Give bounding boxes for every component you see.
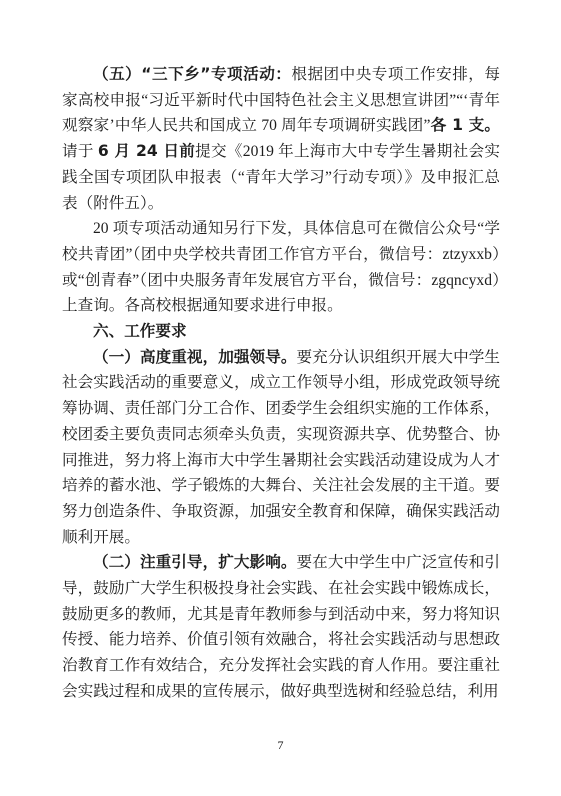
text-run: 请于 (62, 143, 98, 160)
document-body: （五）“三下乡”专项活动：根据团中央专项工作安排，每家高校申报“习近平新时代中国… (62, 62, 500, 705)
document-page: （五）“三下乡”专项活动：根据团中央专项工作安排，每家高校申报“习近平新时代中国… (0, 0, 561, 796)
text-run: 要在大中学生中广泛宣传和引导，鼓励广大学生积极投身社会实践、在社会实践中锻炼成长… (62, 554, 500, 700)
paragraph: （二）注重引导，扩大影响。要在大中学生中广泛宣传和引导，鼓励广大学生积极投身社会… (62, 550, 500, 704)
paragraph: （一）高度重视，加强领导。要充分认识组织开展大中学生社会实践活动的重要意义，成立… (62, 345, 500, 551)
bold-text-run: 6 月 24 日前 (98, 142, 195, 160)
bold-text-run: （一）高度重视，加强领导。 (93, 348, 297, 366)
bold-text-run: （五）“三下乡”专项活动： (93, 65, 291, 83)
text-run: 要充分认识组织开展大中学生社会实践活动的重要意义，成立工作领导小组，形成党政领导… (62, 349, 500, 546)
paragraphs-container: （五）“三下乡”专项活动：根据团中央专项工作安排，每家高校申报“习近平新时代中国… (62, 62, 500, 705)
paragraph: （五）“三下乡”专项活动：根据团中央专项工作安排，每家高校申报“习近平新时代中国… (62, 62, 500, 216)
page-number: 7 (0, 738, 561, 752)
bold-text-run: 各 1 支。 (430, 116, 500, 134)
paragraph: 20 项专项活动通知另行下发，具体信息可在微信公众号“学校共青团”（团中央学校共… (62, 216, 500, 319)
text-run: 20 项专项活动通知另行下发，具体信息可在微信公众号“学校共青团”（团中央学校共… (62, 220, 500, 314)
paragraph: 六、工作要求 (62, 319, 500, 345)
bold-text-run: 六、工作要求 (93, 322, 187, 340)
bold-text-run: （二）注重引导，扩大影响。 (93, 553, 297, 571)
